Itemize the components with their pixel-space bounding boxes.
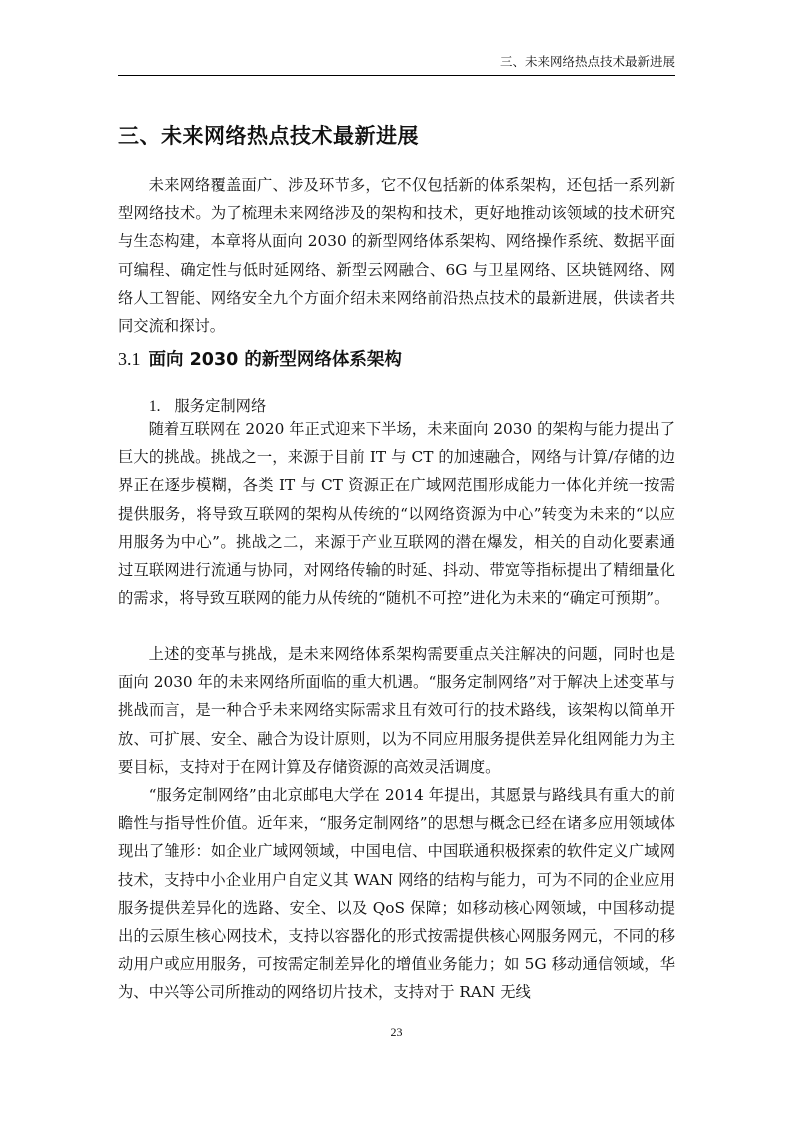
running-header: 三、未来网络热点技术最新进展 xyxy=(118,52,675,76)
body-paragraph-2: 上述的变革与挑战，是未来网络体系架构需要重点关注解决的问题，同时也是面向 203… xyxy=(118,640,675,781)
subsection-title: 服务定制网络 xyxy=(174,397,266,415)
chapter-title: 三、未来网络热点技术最新进展 xyxy=(118,120,419,150)
section-title: 面向 2030 的新型网络体系架构 xyxy=(149,350,402,370)
chapter-intro-paragraph: 未来网络覆盖面广、涉及环节多，它不仅包括新的体系架构，还包括一系列新型网络技术。… xyxy=(118,171,675,340)
body-paragraph-1: 随着互联网在 2020 年正式迎来下半场，未来面向 2030 的架构与能力提出了… xyxy=(118,415,675,612)
body-paragraph-3: “服务定制网络”由北京邮电大学在 2014 年提出，其愿景与路线具有重大的前瞻性… xyxy=(118,781,675,1007)
section-heading: 3.1面向 2030 的新型网络体系架构 xyxy=(118,346,402,371)
section-number: 3.1 xyxy=(118,349,141,369)
running-header-title: 三、未来网络热点技术最新进展 xyxy=(500,54,675,69)
subsection-number: 1. xyxy=(149,398,160,415)
page-number: 23 xyxy=(0,1025,793,1040)
